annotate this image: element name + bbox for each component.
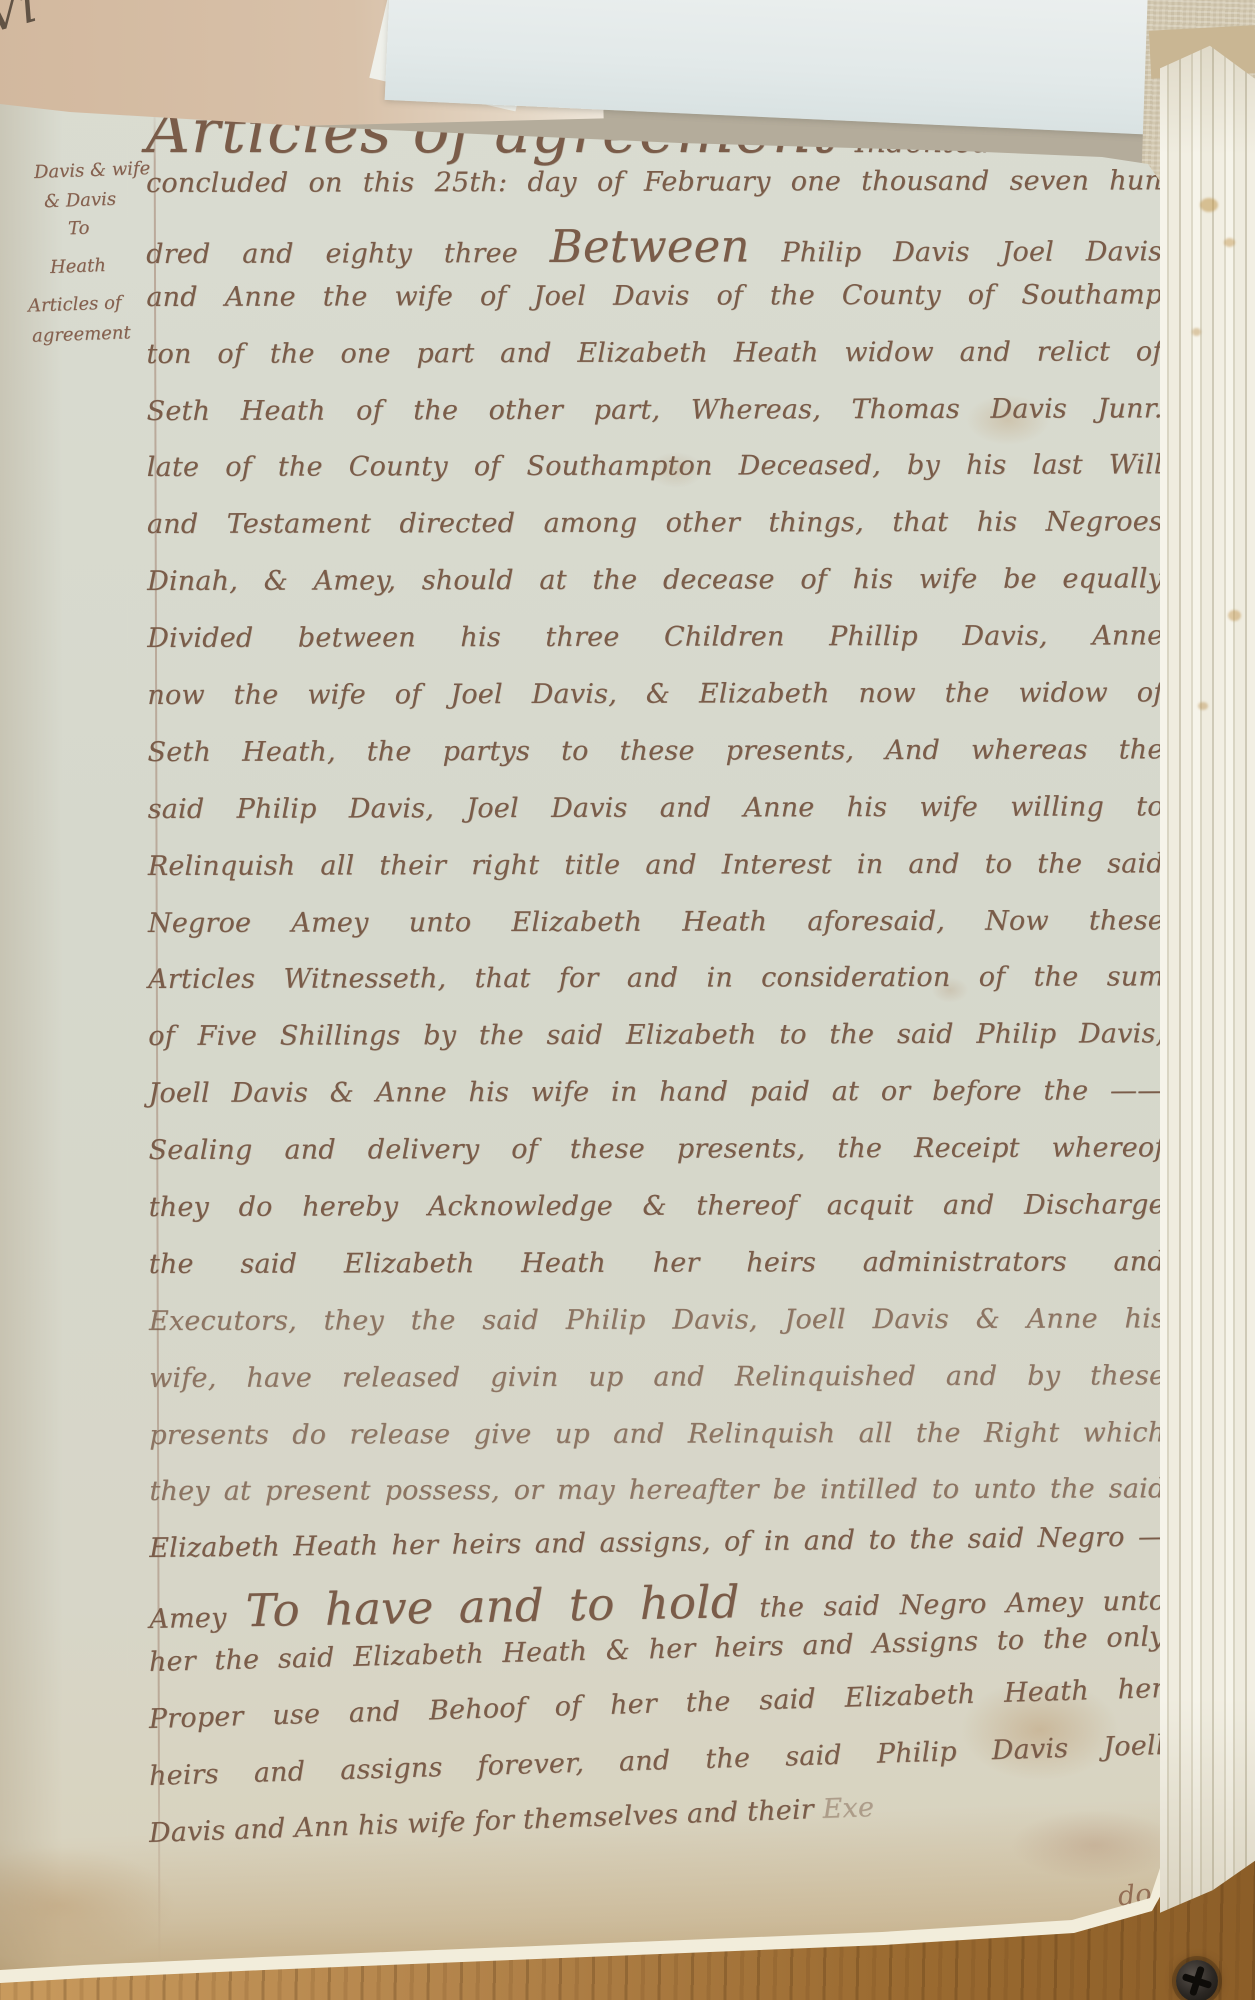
manuscript-line: dred and eighty three Between Philip Dav… — [146, 222, 1162, 282]
manuscript-line: and Anne the wife of Joel Davis of the C… — [146, 279, 1162, 339]
manuscript-line: Relinquish all their right title and Int… — [148, 848, 1164, 908]
manuscript-line: said Philip Davis, Joel Davis and Anne h… — [148, 791, 1164, 851]
manuscript-body: concluded on this 25th: day of February … — [146, 165, 1166, 1874]
manuscript-line: Divided between his three Children Phill… — [147, 620, 1163, 680]
adjacent-document-writing-fragment: Vi — [0, 0, 43, 45]
manuscript-line: Negroe Amey unto Elizabeth Heath aforesa… — [148, 905, 1164, 965]
line-text: Executors, they the said Philip Davis, J… — [149, 1303, 1165, 1337]
manuscript-line: Dinah, & Amey, should at the decease of … — [147, 564, 1163, 624]
foxing-spot — [1200, 198, 1218, 212]
line-text: now the wife of Joel Davis, & Elizabeth … — [147, 677, 1163, 711]
line-text: the said Negro Amey unto — [740, 1586, 1166, 1625]
line-text: wife, have released givin up and Relinqu… — [149, 1360, 1165, 1394]
margin-note-parties-1: Davis & wife — [34, 158, 151, 183]
line-text: ton of the one part and Elizabeth Heath … — [146, 336, 1162, 370]
line-text: Divided between his three Children Phill… — [147, 620, 1163, 654]
line-text: they do hereby Acknowledge & thereof acq… — [149, 1189, 1165, 1223]
line-text: dred and eighty three — [146, 238, 550, 270]
line-text: late of the County of Southampton Deceas… — [147, 450, 1163, 484]
manuscript-line: the said Elizabeth Heath her heirs admin… — [149, 1246, 1165, 1306]
margin-note-heath: Heath — [50, 255, 107, 278]
foxing-spot — [1228, 610, 1241, 621]
manuscript-line: they do hereby Acknowledge & thereof acq… — [149, 1189, 1165, 1249]
manuscript-line: Articles Witnesseth, that for and in con… — [148, 962, 1164, 1022]
line-text: Sealing and delivery of these presents, … — [149, 1132, 1165, 1166]
manuscript-line: and Testament directed among other thing… — [147, 507, 1163, 567]
line-text: of Five Shillings by the said Elizabeth … — [148, 1019, 1164, 1053]
line-text: Relinquish all their right title and Int… — [148, 848, 1164, 882]
table-screw — [1176, 1960, 1218, 2000]
manuscript-line: concluded on this 25th: day of February … — [146, 165, 1162, 225]
manuscript-line: Sealing and delivery of these presents, … — [149, 1132, 1165, 1192]
line-text: presents do release give up and Relinqui… — [149, 1417, 1165, 1451]
emphasized-word: Between — [550, 219, 750, 273]
book-fore-edge — [1160, 42, 1255, 1924]
manuscript-line: Executors, they the said Philip Davis, J… — [149, 1303, 1165, 1363]
line-text: Philip Davis Joel Davis — [750, 236, 1163, 268]
line-text: Articles Witnesseth, that for and in con… — [148, 962, 1164, 996]
manuscript-line: of Five Shillings by the said Elizabeth … — [148, 1019, 1164, 1079]
line-text: they at present possess, or may hereafte… — [149, 1474, 1165, 1508]
line-text: Seth Heath, the partys to these presents… — [147, 734, 1163, 768]
manuscript-line: ton of the one part and Elizabeth Heath … — [146, 336, 1162, 396]
manuscript-line: presents do release give up and Relinqui… — [149, 1417, 1165, 1477]
line-text: Joell Davis & Anne his wife in hand paid… — [148, 1076, 1164, 1110]
manuscript-line: now the wife of Joel Davis, & Elizabeth … — [147, 677, 1163, 737]
line-text: concluded on this 25th: day of February … — [146, 165, 1162, 199]
manuscript-line: wife, have released givin up and Relinqu… — [149, 1360, 1165, 1420]
margin-note-to: To — [68, 218, 90, 240]
margin-note-doc-type-1: Articles of — [28, 292, 122, 316]
line-text: Negroe Amey unto Elizabeth Heath aforesa… — [148, 905, 1164, 939]
manuscript-line: Seth Heath, the partys to these presents… — [147, 734, 1163, 794]
manuscript-line: Seth Heath of the other part, Whereas, T… — [147, 393, 1163, 453]
manuscript-page: 182 Davis & wife & Davis To Heath Articl… — [0, 0, 1255, 2000]
line-text: said Philip Davis, Joel Davis and Anne h… — [148, 791, 1164, 825]
emphasized-phrase: To have and to hold — [245, 1575, 740, 1637]
manuscript-line: late of the County of Southampton Deceas… — [147, 450, 1163, 510]
foxing-spot — [1224, 238, 1235, 247]
line-text: Dinah, & Amey, should at the decease of … — [147, 564, 1163, 598]
margin-note-doc-type-2: agreement — [32, 322, 131, 346]
manuscript-line: Joell Davis & Anne his wife in hand paid… — [148, 1076, 1164, 1136]
faded-word-fragment: Exe — [822, 1792, 875, 1825]
line-text: Amey — [149, 1602, 246, 1635]
foxing-spot — [1192, 328, 1201, 336]
line-text: and Testament directed among other thing… — [147, 507, 1163, 541]
line-text: Seth Heath of the other part, Whereas, T… — [147, 393, 1163, 427]
foxing-spot — [1198, 702, 1208, 710]
line-text: the said Elizabeth Heath her heirs admin… — [149, 1246, 1165, 1280]
margin-note-parties-2: & Davis — [44, 189, 117, 213]
line-text: and Anne the wife of Joel Davis of the C… — [146, 279, 1162, 313]
